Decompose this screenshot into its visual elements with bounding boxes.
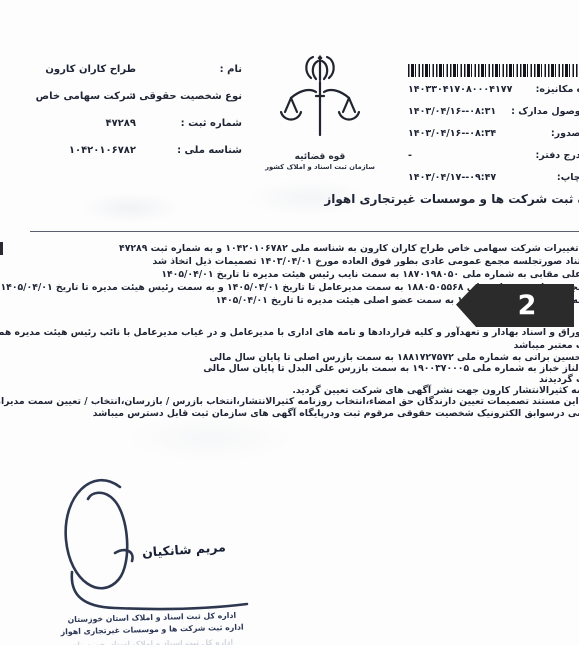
issue-date-value: ۱۴۰۳/۰۴/۱۶--۰۸:۳۴ xyxy=(408,128,515,150)
body-line: آگهی تغییرات شرکت سهامی خاص طراح کاران ک… xyxy=(0,243,579,256)
print-date-value: ۱۴۰۳/۰۴/۱۷--۰۹:۴۷ xyxy=(408,172,515,194)
legal-type-value: شرکت سهامی خاص xyxy=(32,91,146,118)
office-heading: اداره ثبت شرکت ها و موسسات غیرتجاری اهوا… xyxy=(0,192,579,206)
issue-date-label: تاریخ صدور: xyxy=(515,128,579,150)
company-info-table: نام : طراح کاران کارون نوع شخصیت حقوقی :… xyxy=(40,64,242,172)
body-line: باثبت این مستند تصمیمات تعیین دارندگان ح… xyxy=(0,396,579,407)
body-line: شرکت معتبر میباشد xyxy=(0,340,579,351)
registration-number-value: ۴۷۲۸۹ xyxy=(40,118,146,145)
ledger-date-label: تاریخ درج دفتر: xyxy=(515,150,579,172)
company-name-value: طراح کاران کارون xyxy=(40,64,146,91)
handwritten-signature xyxy=(35,452,265,622)
legal-type-label: نوع شخصیت حقوقی : xyxy=(146,91,242,118)
ledger-date-value: - xyxy=(408,150,515,172)
company-info-row: شماره ثبت : ۴۷۲۸۹ xyxy=(40,118,242,145)
barcode xyxy=(408,64,579,77)
meta-table: شماره مکانیزه: ۱۴۰۳۳۰۴۱۷۰۸۰۰۰۴۱۷۷ تاریخ … xyxy=(408,84,579,194)
mechanized-number-label: شماره مکانیزه: xyxy=(515,84,579,106)
company-info-row: شناسه ملی : ۱۰۴۲۰۱۰۶۷۸۲ xyxy=(40,145,242,172)
body-line: به استناد صورتجلسه مجمع عمومی عادی بطور … xyxy=(0,256,579,269)
emblem-subtitle: سازمان ثبت اسناد و املاک کشور xyxy=(258,163,382,171)
company-info-row: نوع شخصیت حقوقی : شرکت سهامی خاص xyxy=(40,91,242,118)
annotation-marker[interactable]: 2 xyxy=(456,284,574,327)
body-text: آگهی تغییرات شرکت سهامی خاص طراح کاران ک… xyxy=(0,243,579,419)
justice-scales-icon xyxy=(272,52,368,156)
body-line: کلیه اوراق و اسناد بهادار و تعهدآور و کل… xyxy=(0,327,579,340)
body-line: آقای علی مقابی به شماره ملی ۱۸۷۰۱۹۸۰۵۰ ب… xyxy=(0,269,579,282)
body-line: روزنامه کثیرالانتشار کارون جهت نشر آگهی … xyxy=(0,385,579,396)
receive-date-value: ۱۴۰۳/۰۴/۱۶--۰۸:۳۱ xyxy=(408,106,515,128)
company-info-row: نام : طراح کاران کارون xyxy=(40,64,242,91)
national-id-label: شناسه ملی : xyxy=(146,145,242,172)
divider-line xyxy=(30,231,579,232)
annotation-marker-label: 2 xyxy=(518,290,537,321)
meta-row: تاریخ چاپ: ۱۴۰۳/۰۴/۱۷--۰۹:۴۷ xyxy=(408,172,579,194)
body-line: انتخاب گردیدند xyxy=(0,374,579,385)
body-line: خانم الناز خباز به شماره ملی ۱۹۰۰۳۷۰۰۰۵ … xyxy=(0,363,579,374)
meta-row: شماره مکانیزه: ۱۴۰۳۳۰۴۱۷۰۸۰۰۰۴۱۷۷ xyxy=(408,84,579,106)
meta-row: تاریخ صدور: ۱۴۰۳/۰۴/۱۶--۰۸:۳۴ xyxy=(408,128,579,150)
meta-row: تاریخ وصول مدارک : ۱۴۰۳/۰۴/۱۶--۰۸:۳۱ xyxy=(408,106,579,128)
stamp-ghost-artifact: اداره کل ثبت اسناد و املاک استان خوزستان xyxy=(46,637,258,645)
print-date-label: تاریخ چاپ: xyxy=(515,172,579,194)
receive-date-label: تاریخ وصول مدارک : xyxy=(515,106,579,128)
registration-number-label: شماره ثبت : xyxy=(146,118,242,145)
meta-row: تاریخ درج دفتر: - xyxy=(408,150,579,172)
office-stamp: اداره کل ثبت اسناد و املاک استان خوزستان… xyxy=(46,609,259,638)
document-viewport: نام : طراح کاران کارون نوع شخصیت حقوقی :… xyxy=(0,0,579,645)
judiciary-emblem: قوه قضائیه سازمان ثبت اسناد و املاک کشور xyxy=(258,52,382,171)
national-id-value: ۱۰۴۲۰۱۰۶۷۸۲ xyxy=(40,145,146,172)
mechanized-number-value: ۱۴۰۳۳۰۴۱۷۰۸۰۰۰۴۱۷۷ xyxy=(408,84,515,106)
scanned-document: نام : طراح کاران کارون نوع شخصیت حقوقی :… xyxy=(0,0,579,645)
body-line: آقای حسین براتی به شماره ملی ۱۸۸۱۷۲۷۵۷۲ … xyxy=(0,352,579,363)
emblem-title: قوه قضائیه xyxy=(258,152,382,162)
body-line: متقاضی درسوابق الکترونیک شخصیت حقوقی مرق… xyxy=(0,408,579,419)
company-name-label: نام : xyxy=(146,64,242,91)
